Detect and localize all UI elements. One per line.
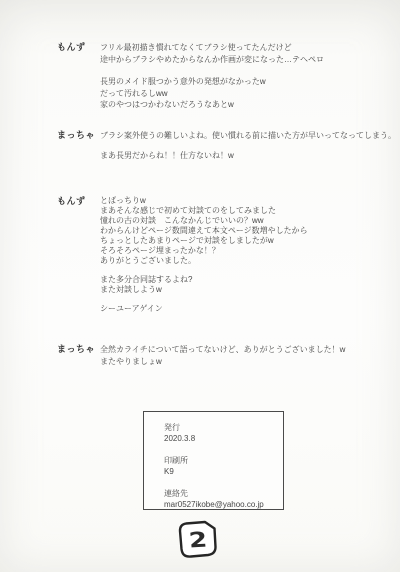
dialogue-block-1: もんず フリル最初描き慣れてなくてブラシ使ってたんだけど 途中からブラシやめたか… <box>0 42 400 111</box>
dialogue-block-4: まっちゃ 全然カライチについて語ってないけど、ありがとうございました！w またや… <box>0 344 400 367</box>
dialogue-line: わからんけどページ数間違えて本文ページ数増やしたから <box>100 226 400 236</box>
speaker-name: まっちゃ <box>57 344 100 356</box>
dialogue-line: とばっちりw <box>100 196 400 206</box>
colophon-entry-published: 発行 2020.3.8 <box>164 422 277 444</box>
dialogue-line: だって汚れるしww <box>100 88 400 100</box>
speaker-name: もんず <box>57 42 100 54</box>
page-number-bubble: 2 <box>175 520 225 562</box>
page-number: 2 <box>168 520 228 559</box>
dialogue-line: まあそんな感じで初めて対談てのをしてみました <box>100 206 400 216</box>
printer-name: K9 <box>164 466 277 477</box>
dialogue-lines: とばっちりw まあそんな感じで初めて対談てのをしてみました 憧れの古の対談 こん… <box>100 196 400 314</box>
dialogue-line: 長男のメイド服つかう意外の発想がなかったw <box>100 76 400 88</box>
dialogue-line: 家のやつはつかわないだろうなあとw <box>100 99 400 111</box>
dialogue-line: 途中からブラシやめたからなんか作画が変になった…テヘペロ <box>100 54 400 66</box>
dialogue-lines: フリル最初描き慣れてなくてブラシ使ってたんだけど 途中からブラシやめたからなんか… <box>100 42 400 111</box>
colophon-entry-contact: 連絡先 mar0527ikobe@yahoo.co.jp <box>164 488 277 510</box>
dialogue-line: そろそろページ埋まったかな！？ <box>100 246 400 256</box>
colophon-label: 印刷所 <box>164 455 277 466</box>
speaker-name: もんず <box>57 196 100 208</box>
dialogue-line: ブラシ案外使うの難しいよね。使い慣れる前に描いた方が早いってなってしまう。 <box>100 130 400 142</box>
dialogue-line: また対談しようw <box>100 285 400 295</box>
colophon-box: 発行 2020.3.8 印刷所 K9 連絡先 mar0527ikobe@yaho… <box>143 411 284 510</box>
contact-email: mar0527ikobe@yahoo.co.jp <box>164 499 277 510</box>
colophon-entry-printer: 印刷所 K9 <box>164 455 277 477</box>
dialogue-lines: 全然カライチについて語ってないけど、ありがとうございました！w またやりましょw <box>100 344 400 367</box>
dialogue-line: また多分合同誌するよね? <box>100 275 400 285</box>
dialogue-line: 全然カライチについて語ってないけど、ありがとうございました！w <box>100 344 400 356</box>
colophon-label: 発行 <box>164 422 277 433</box>
dialogue-line: またやりましょw <box>100 356 400 368</box>
dialogue-line: ありがとうございました。 <box>100 256 400 266</box>
scanned-afterword-page: もんず フリル最初描き慣れてなくてブラシ使ってたんだけど 途中からブラシやめたか… <box>0 0 400 572</box>
dialogue-line: まあ長男だからね！！仕方ないね！w <box>100 150 400 162</box>
dialogue-line: ちょっとしたあまりページで対談をしましたがw <box>100 236 400 246</box>
dialogue-block-3: もんず とばっちりw まあそんな感じで初めて対談てのをしてみました 憧れの古の対… <box>0 196 400 314</box>
dialogue-lines: ブラシ案外使うの難しいよね。使い慣れる前に描いた方が早いってなってしまう。 まあ… <box>100 130 400 161</box>
publication-date: 2020.3.8 <box>164 433 277 444</box>
dialogue-block-2: まっちゃ ブラシ案外使うの難しいよね。使い慣れる前に描いた方が早いってなってしま… <box>0 130 400 161</box>
dialogue-line: フリル最初描き慣れてなくてブラシ使ってたんだけど <box>100 42 400 54</box>
colophon-label: 連絡先 <box>164 488 277 499</box>
dialogue-line: シーユーアゲイン <box>100 304 400 314</box>
speaker-name: まっちゃ <box>57 130 100 142</box>
dialogue-line: 憧れの古の対談 こんなかんじでいいの？ww <box>100 216 400 226</box>
